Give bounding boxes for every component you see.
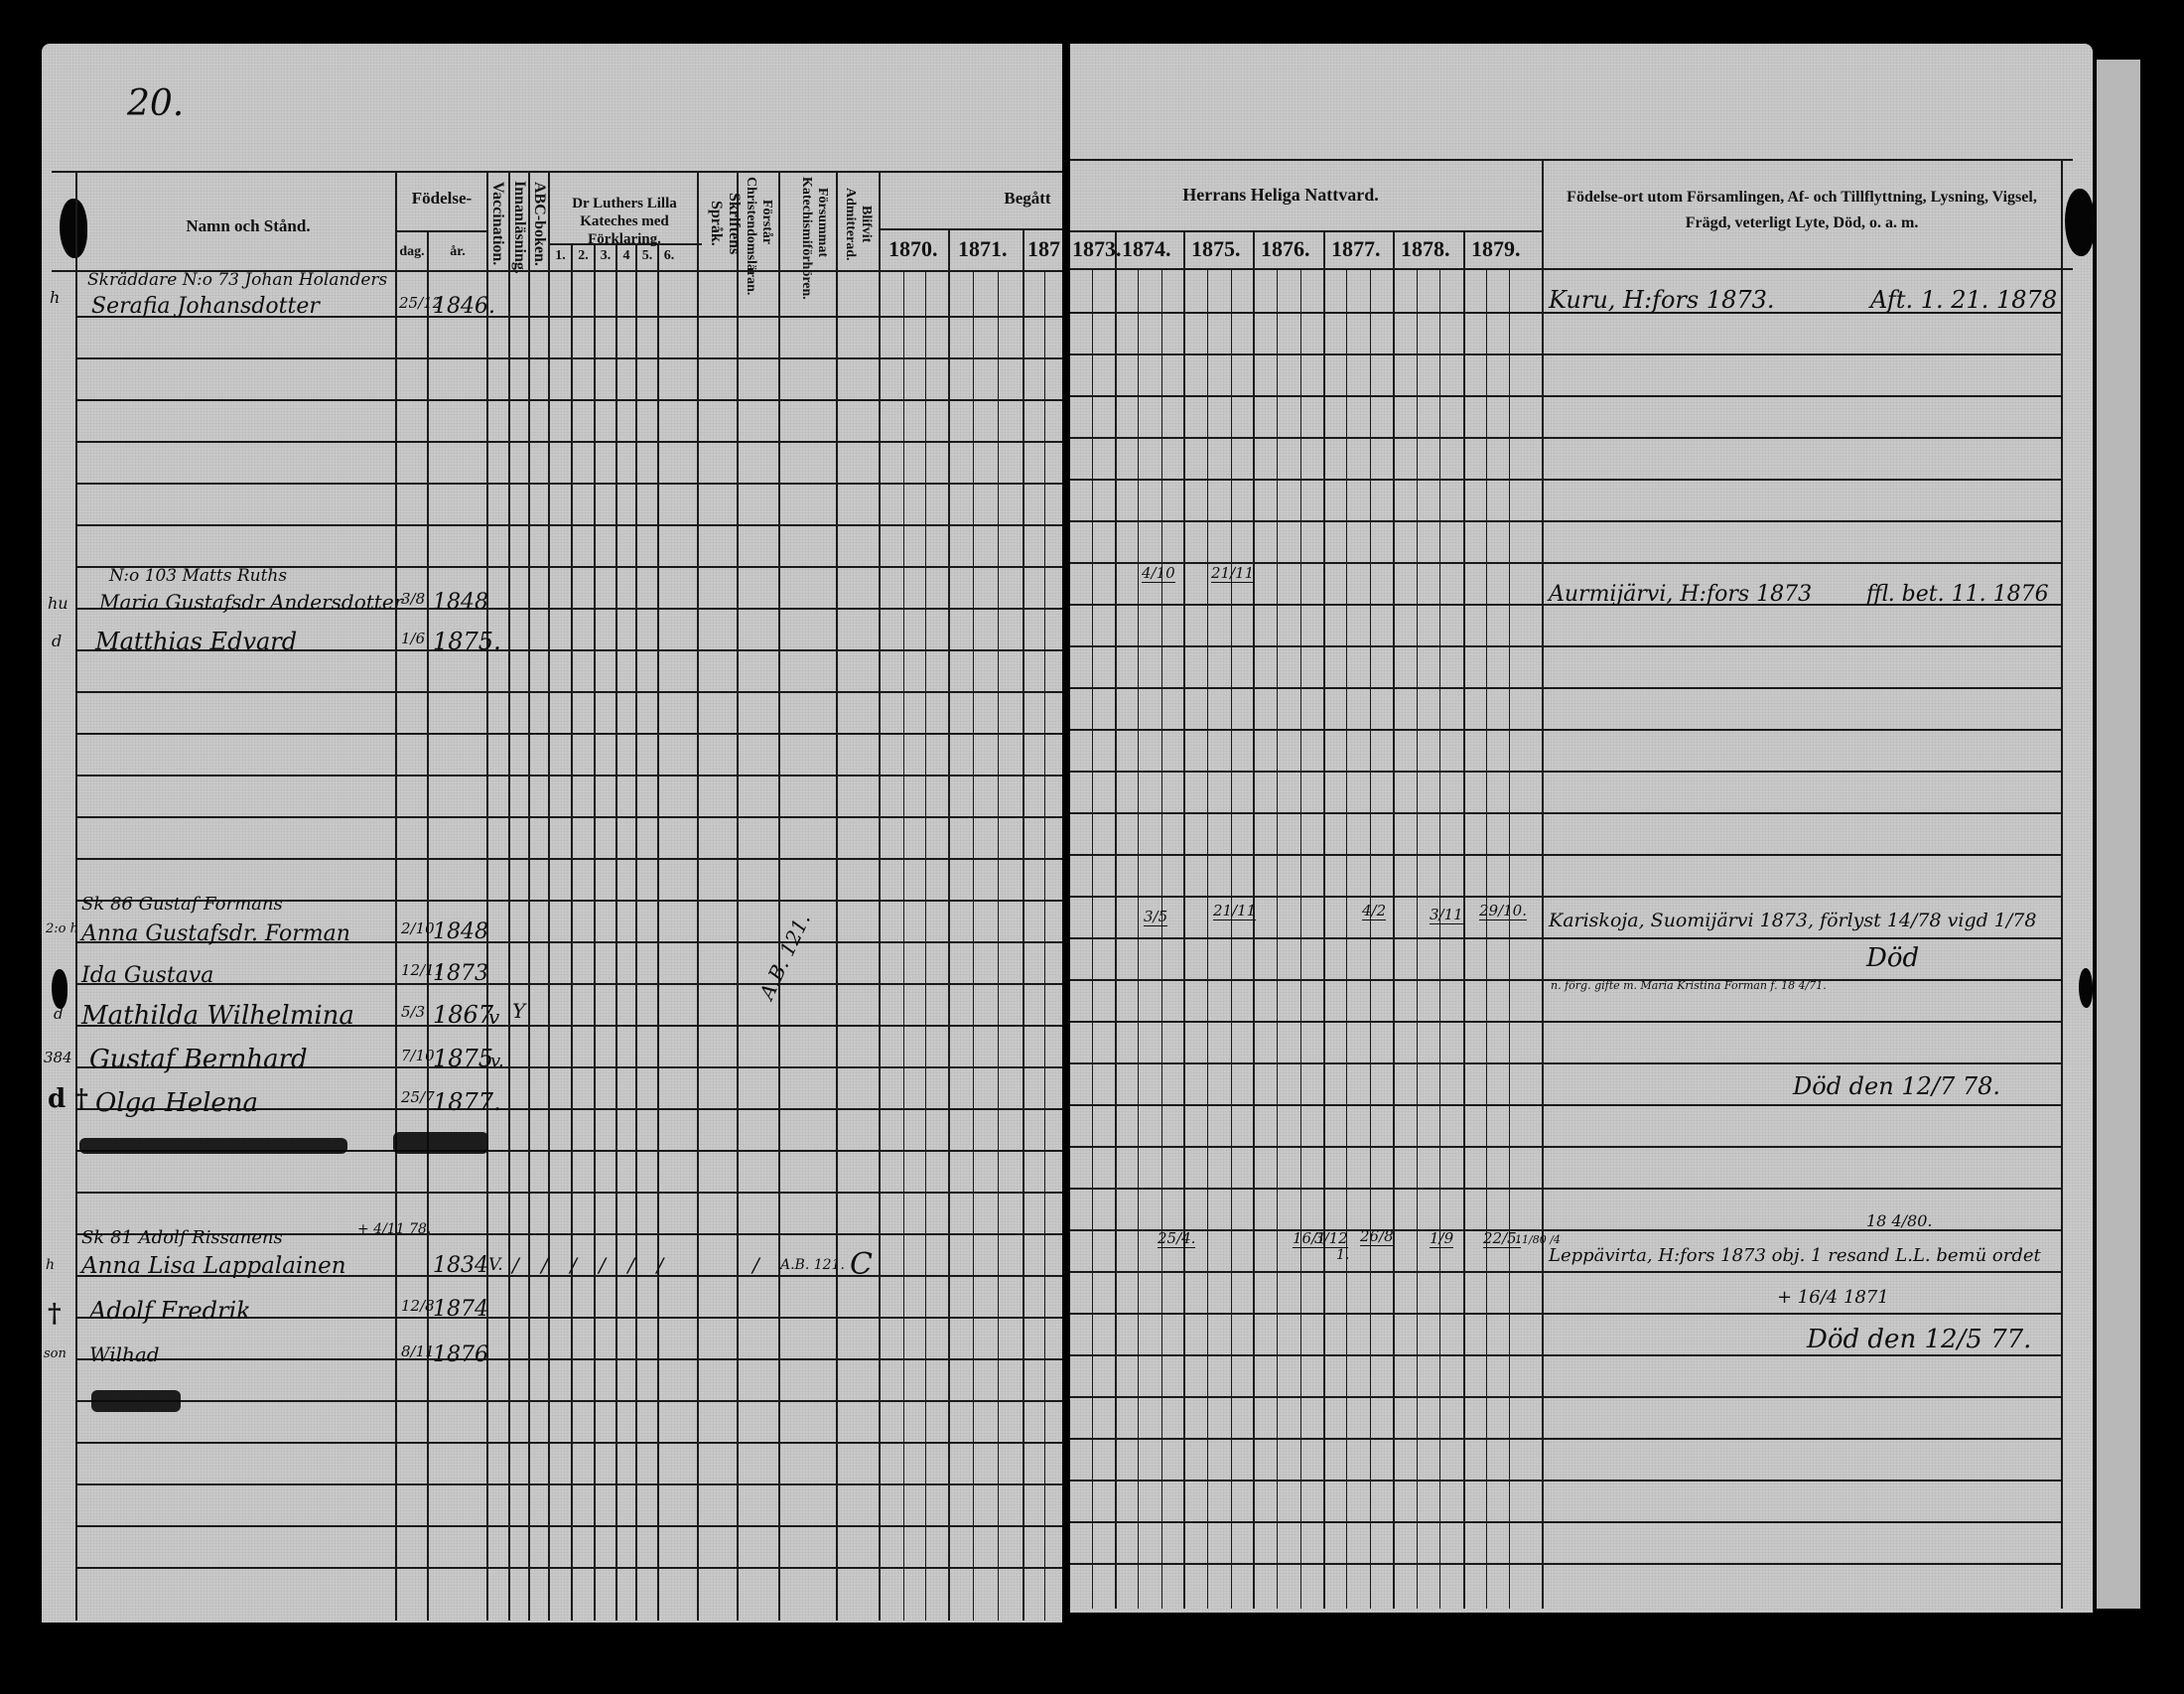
row-rule bbox=[1070, 437, 2061, 439]
margin-note: son bbox=[44, 1346, 67, 1361]
col-rule bbox=[657, 243, 659, 1621]
col-rule bbox=[973, 270, 974, 1621]
birth-day: 1/6 bbox=[401, 630, 425, 647]
birth-year: 1875. bbox=[433, 628, 501, 655]
communion-mark: 26/8 bbox=[1360, 1229, 1394, 1246]
death-note: + 4/11 78. bbox=[357, 1221, 431, 1237]
book-gutter bbox=[1062, 40, 1070, 1628]
note-remarriage: n. förg. gifte m. Maria Kristina Forman … bbox=[1551, 979, 1827, 992]
birth-year: 1848 bbox=[433, 590, 488, 615]
col-rule bbox=[548, 171, 550, 1621]
margin-note: d bbox=[54, 1005, 64, 1023]
header-catechism: Dr Luthers Lilla Kateches med Förklaring… bbox=[550, 195, 699, 248]
col-rule bbox=[879, 171, 881, 1621]
year-187x: 187 bbox=[1027, 236, 1060, 262]
header-admitted: Blifvit Admitterad. bbox=[844, 181, 874, 268]
communion-mark: 4/10 bbox=[1142, 566, 1175, 583]
year-1873: 1873. bbox=[1072, 236, 1122, 262]
row-rule bbox=[1070, 1146, 2061, 1148]
header-vaccination: Vaccination. bbox=[488, 181, 506, 266]
col-rule bbox=[903, 270, 904, 1621]
birth-year: 1877. bbox=[433, 1088, 501, 1116]
row-rule bbox=[1070, 395, 2061, 397]
year-1875: 1875. bbox=[1191, 236, 1241, 262]
header-birth-year: år. bbox=[429, 244, 486, 261]
year-1878: 1878. bbox=[1401, 236, 1450, 262]
col-rule bbox=[836, 171, 838, 1621]
note-date: 18 4/80. bbox=[1866, 1211, 1932, 1230]
header-name: Namn och Stånd. bbox=[169, 216, 328, 236]
catechism-part-4: 4 bbox=[617, 248, 635, 265]
row-rule bbox=[1070, 645, 2061, 647]
struck-out-entry bbox=[79, 1138, 347, 1154]
birth-year: 1876 bbox=[433, 1342, 488, 1367]
row-rule bbox=[77, 691, 1062, 693]
person-name: Matthias Edvard bbox=[95, 628, 297, 655]
person-name: Anna Gustafsdr. Forman bbox=[81, 921, 350, 946]
margin-note: 384 bbox=[44, 1049, 72, 1066]
header-bottom-rule bbox=[1070, 268, 2073, 270]
row-rule bbox=[1070, 353, 2061, 355]
catechism-part-6: 6. bbox=[659, 248, 679, 265]
birth-day: 2/10 bbox=[401, 919, 435, 937]
ink-blot bbox=[2065, 189, 2095, 256]
communion-mark: 4/2 bbox=[1362, 904, 1386, 920]
household-title: Skräddare N:o 73 Johan Holanders bbox=[87, 270, 387, 290]
col-rule bbox=[615, 243, 617, 1621]
year-1871: 1871. bbox=[958, 236, 1008, 262]
page-edge bbox=[2097, 60, 2140, 1609]
person-name: Maria Gustafsdr Andersdotter bbox=[99, 590, 403, 614]
col-rule bbox=[508, 171, 510, 1621]
row-rule bbox=[77, 983, 1062, 985]
row-rule bbox=[77, 1567, 1062, 1569]
note-death: Död bbox=[1866, 943, 1919, 973]
household-title: Sk 81 Adolf Rissanens bbox=[81, 1227, 283, 1248]
year-1879: 1879. bbox=[1471, 236, 1521, 262]
col-rule bbox=[486, 171, 488, 1621]
birth-year: 1846. bbox=[433, 294, 495, 319]
row-rule bbox=[1070, 896, 2061, 898]
year-1874: 1874. bbox=[1122, 236, 1171, 262]
birth-year: 1873 bbox=[433, 961, 488, 986]
year-1877: 1877. bbox=[1331, 236, 1381, 262]
row-rule bbox=[1070, 1396, 2061, 1398]
header-birth: Födelse- bbox=[397, 189, 486, 209]
note-death: Död den 12/7 78. bbox=[1793, 1072, 2000, 1100]
birth-year: 1874 bbox=[433, 1297, 488, 1322]
row-rule bbox=[1070, 687, 2061, 689]
right-page bbox=[1070, 44, 2093, 1613]
row-rule bbox=[1070, 812, 2061, 814]
communion-mark: 3/5 bbox=[1144, 910, 1167, 926]
catechism-part-3: 3. bbox=[596, 248, 615, 265]
note-date: ffl. bet. 11. 1876 bbox=[1866, 582, 2049, 607]
col-rule bbox=[925, 270, 926, 1621]
note-death: Död den 12/5 77. bbox=[1807, 1325, 2031, 1354]
margin-note: h bbox=[46, 1257, 55, 1273]
birth-subrule bbox=[397, 230, 486, 232]
birth-year: 1834 bbox=[433, 1253, 488, 1278]
year-1870: 1870. bbox=[888, 236, 938, 262]
row-rule bbox=[1070, 1438, 2061, 1440]
margin-note: 2:o h bbox=[46, 921, 78, 936]
row-rule bbox=[1070, 771, 2061, 773]
header-begatt: Begått bbox=[993, 189, 1062, 209]
note-place: Kuru, H:fors 1873. bbox=[1549, 286, 1775, 314]
birth-year: 1875 bbox=[433, 1045, 493, 1072]
catechism-part-5: 5. bbox=[637, 248, 657, 265]
note-place: Kariskoja, Suomijärvi 1873, förlyst 14/7… bbox=[1549, 910, 2036, 931]
row-rule bbox=[77, 524, 1062, 526]
struck-out-entry bbox=[393, 1132, 488, 1154]
row-rule bbox=[77, 733, 1062, 735]
person-name: Gustaf Bernhard bbox=[89, 1045, 308, 1074]
notes-right-rule bbox=[2061, 159, 2063, 1609]
communion-mark: 21/11 bbox=[1211, 566, 1254, 583]
communion-mark: 1/9 bbox=[1430, 1231, 1453, 1248]
row-rule bbox=[1070, 1062, 2061, 1064]
birth-day: 7/10 bbox=[401, 1047, 435, 1064]
birth-day: 25/7 bbox=[401, 1088, 435, 1106]
birth-year: 1867 bbox=[433, 1001, 493, 1029]
ink-blot bbox=[2079, 968, 2093, 1008]
communion-subrule bbox=[1070, 230, 1542, 232]
col-rule bbox=[778, 171, 780, 1621]
communion-mark: 21/11 bbox=[1213, 904, 1256, 920]
communion-mark: 1. bbox=[1336, 1247, 1349, 1263]
col-rule bbox=[998, 270, 999, 1621]
header-top-rule bbox=[52, 171, 1062, 173]
row-rule bbox=[1070, 1313, 2061, 1315]
row-rule bbox=[77, 1358, 1062, 1360]
margin-rule bbox=[75, 171, 77, 1621]
birth-day: 5/3 bbox=[401, 1003, 425, 1021]
row-rule bbox=[77, 1192, 1062, 1194]
person-name: Serafia Johansdotter bbox=[91, 294, 320, 319]
row-rule bbox=[1070, 479, 2061, 481]
vaccination-mark: v. bbox=[490, 1051, 504, 1071]
row-rule bbox=[1070, 1480, 2061, 1482]
reading-mark: Y bbox=[512, 999, 525, 1023]
margin-note: d bbox=[52, 632, 62, 650]
birth-day: 8/11 bbox=[401, 1342, 435, 1360]
communion-mark: 3/12 bbox=[1314, 1231, 1348, 1248]
person-name: Olga Helena bbox=[95, 1088, 258, 1118]
row-rule bbox=[1070, 729, 2061, 731]
row-rule bbox=[77, 357, 1062, 359]
row-rule bbox=[1070, 1188, 2061, 1190]
row-rule bbox=[77, 1400, 1062, 1402]
header-christianity: Förstår Christendomsläran. bbox=[743, 177, 774, 268]
catechism-marks: / / / / / / bbox=[512, 1253, 671, 1277]
row-rule bbox=[77, 1442, 1062, 1444]
row-rule bbox=[77, 483, 1062, 485]
household-title: Sk 86 Gustaf Formans bbox=[81, 894, 283, 915]
catechism-part-1: 1. bbox=[550, 248, 571, 265]
person-name: Mathilda Wilhelmina bbox=[81, 1001, 354, 1031]
margin-note: h bbox=[50, 288, 60, 307]
page-number: 20. bbox=[127, 83, 184, 124]
note-place: Leppävirta, H:fors 1873 obj. 1 resand L.… bbox=[1549, 1245, 2041, 1266]
row-rule bbox=[1070, 1104, 2061, 1106]
note-death: + 16/4 1871 bbox=[1777, 1287, 1889, 1308]
header-reading: Innanläsning. bbox=[510, 181, 528, 266]
header-communion: Herrans Heliga Nattvard. bbox=[1152, 185, 1410, 207]
col-rule bbox=[395, 171, 397, 1621]
margin-note: d † bbox=[48, 1084, 88, 1114]
header-abc: ABC-boken. bbox=[530, 181, 548, 266]
row-rule bbox=[1070, 520, 2061, 522]
header-neglected: Försummat Katechismiförhören. bbox=[786, 177, 830, 268]
col-rule bbox=[697, 171, 699, 1621]
header-top-rule bbox=[1070, 159, 2073, 161]
birth-day: 12/8 bbox=[401, 1297, 435, 1315]
col-rule bbox=[948, 230, 950, 1621]
row-rule bbox=[77, 1483, 1062, 1485]
row-rule bbox=[77, 858, 1062, 860]
struck-out-entry bbox=[91, 1390, 181, 1412]
col-rule bbox=[635, 243, 637, 1621]
col-rule bbox=[528, 171, 530, 1621]
row-rule bbox=[1070, 1521, 2061, 1523]
header-birth-day: dag. bbox=[397, 244, 427, 261]
birth-year: 1848 bbox=[433, 919, 488, 944]
communion-mark: 29/10. bbox=[1479, 904, 1527, 920]
header-notes: Födelse-ort utom Församlingen, Af- och T… bbox=[1559, 185, 2045, 235]
vaccination-mark: V. bbox=[488, 1255, 503, 1275]
begatt-subrule bbox=[879, 228, 1062, 230]
row-rule bbox=[77, 441, 1062, 443]
vaccination-mark: v bbox=[488, 1005, 499, 1029]
person-name: Adolf Fredrik bbox=[89, 1297, 251, 1325]
row-rule bbox=[77, 775, 1062, 776]
row-rule bbox=[1070, 937, 2061, 939]
col-rule bbox=[1044, 270, 1045, 1621]
header-scripture: Skriftens Språk. bbox=[707, 179, 743, 268]
note-date: Aft. 1. 21. 1878 bbox=[1870, 286, 2057, 314]
birth-day: 3/8 bbox=[401, 590, 425, 608]
person-name: Anna Lisa Lappalainen bbox=[81, 1253, 346, 1279]
admitted-mark: C bbox=[850, 1247, 873, 1282]
col-rule bbox=[594, 243, 596, 1621]
neglected-ref: A.B. 121. bbox=[780, 1257, 845, 1273]
christianity-mark: / bbox=[752, 1253, 759, 1277]
row-rule bbox=[1070, 854, 2061, 856]
row-rule bbox=[1070, 1021, 2061, 1023]
household-title: N:o 103 Matts Ruths bbox=[109, 566, 287, 586]
note-place: Aurmijärvi, H:fors 1873 bbox=[1549, 582, 1812, 607]
row-rule bbox=[77, 1525, 1062, 1527]
row-rule bbox=[77, 399, 1062, 401]
row-rule bbox=[1070, 1563, 2061, 1565]
notes-col-rule bbox=[1542, 159, 1544, 1609]
ink-blot bbox=[60, 199, 87, 258]
row-rule bbox=[77, 816, 1062, 818]
person-name: Wilhad bbox=[89, 1342, 160, 1366]
year-1876: 1876. bbox=[1261, 236, 1310, 262]
catechism-part-2: 2. bbox=[573, 248, 594, 265]
person-name: Ida Gustava bbox=[81, 963, 213, 988]
communion-mark: 25/4. bbox=[1158, 1231, 1195, 1248]
col-rule bbox=[1023, 230, 1024, 1621]
row-rule bbox=[1070, 1354, 2061, 1356]
communion-mark: 3/11 bbox=[1430, 908, 1463, 924]
row-rule bbox=[1070, 1271, 2061, 1273]
col-rule bbox=[737, 171, 739, 1621]
margin-note: hu bbox=[48, 594, 68, 613]
ink-blot bbox=[52, 969, 68, 1009]
margin-note: † bbox=[48, 1299, 62, 1329]
col-rule bbox=[571, 243, 573, 1621]
